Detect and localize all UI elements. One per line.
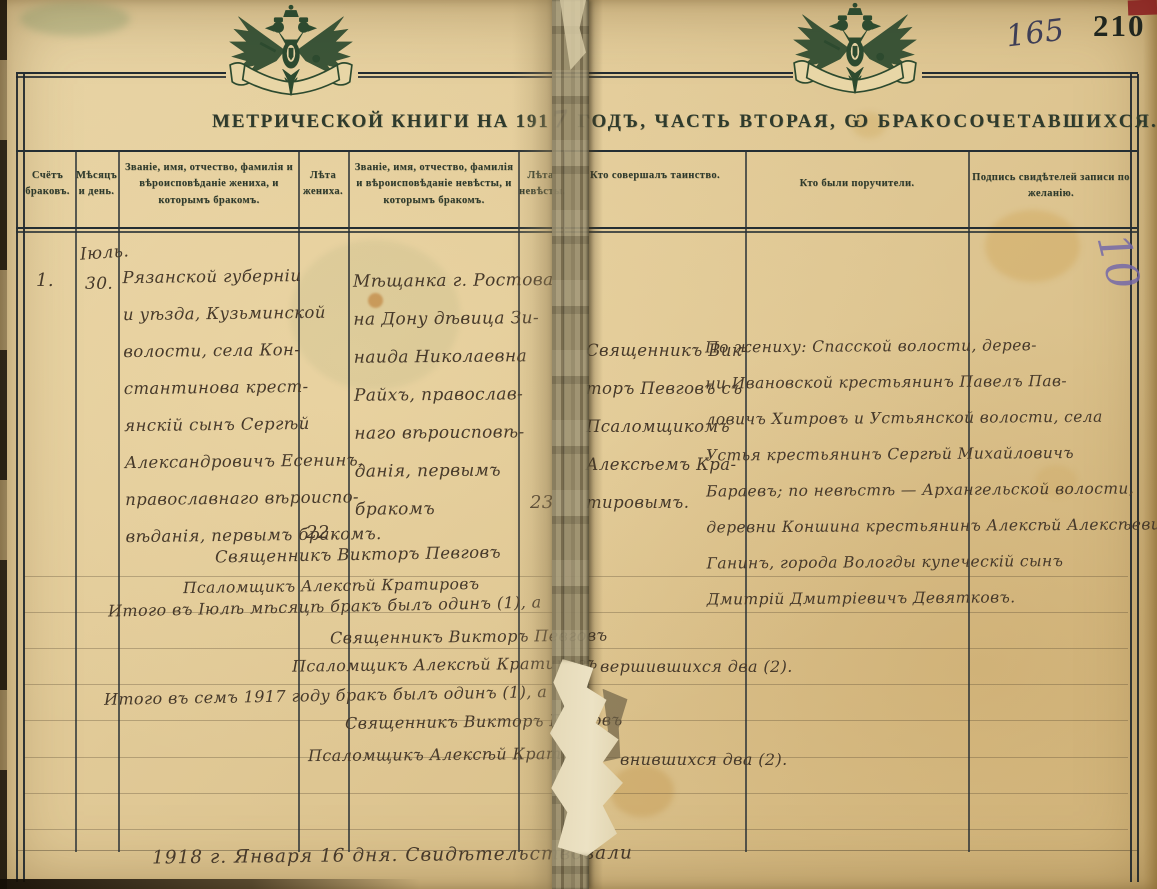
bride-line: бракомъ xyxy=(355,489,527,528)
header-signatures: Подпись свидѣтелей записи по желанію. xyxy=(972,170,1130,203)
imperial-eagle-emblem xyxy=(792,2,918,103)
header-marriage-count: Счётъ браковъ. xyxy=(21,168,74,201)
bride-line: наида Николаевна xyxy=(354,337,526,376)
entry-number: 1. xyxy=(36,270,54,291)
groom-age-value: 22. xyxy=(306,522,336,543)
frame-line-left xyxy=(16,74,18,882)
bride-line: Райхъ, православ- xyxy=(354,375,526,414)
frame-line-right xyxy=(1137,74,1139,882)
summary-fragment: вершившихся два (2). xyxy=(600,657,793,676)
summary-priest-signature: Священникъ Викторъ Певговъ xyxy=(215,543,501,567)
header-bride: Званіе, имя, отчество, фамилія и вѣроисп… xyxy=(352,160,516,209)
summary-fragment: внившихся два (2). xyxy=(620,750,788,769)
top-rule-segment xyxy=(922,72,1138,74)
guarantor-line: Бараевъ; по невѣстѣ — Архангельской воло… xyxy=(706,470,1136,509)
header-groom: Званіе, имя, отчество, фамилія и вѣроисп… xyxy=(122,160,296,209)
guarantor-line: деревни Коншина крестьянинъ Алексѣй Алек… xyxy=(706,506,1136,545)
groom-line: Александровичъ Есенинъ, xyxy=(124,442,314,481)
handwritten-folio-number: 165 xyxy=(1004,13,1066,55)
pencil-annotation: 10 xyxy=(1086,228,1149,295)
imperial-eagle-emblem xyxy=(228,4,354,105)
bride-line: данія, первымъ xyxy=(355,451,527,490)
summary-year-total: Итого въ семъ 1917 году бракъ былъ одинъ… xyxy=(104,682,547,709)
groom-line: волости, села Кон- xyxy=(123,331,313,370)
header-month-day: Мѣсяцъ и день. xyxy=(76,168,117,201)
summary-july-total: Итого въ Іюлѣ мѣсяцѣ бракъ былъ одинъ (1… xyxy=(108,592,542,620)
top-rule-segment xyxy=(16,72,226,74)
guarantor-line: Дмитрій Дмитріевичъ Девятковъ. xyxy=(707,578,1137,617)
scan-edge-left xyxy=(0,0,7,889)
stamp-ghost xyxy=(20,2,130,36)
header-groom-age: Лѣта жениха. xyxy=(299,168,347,201)
title-suffix: ГОДЪ, ЧАСТЬ ВТОРАЯ, Ѡ БРАКОСОЧЕТАВШИХСЯ. xyxy=(578,111,1157,133)
groom-line: православнаго вѣроиспо- xyxy=(125,479,315,518)
stain xyxy=(610,765,674,817)
column-line xyxy=(75,150,77,852)
groom-line: и уѣзда, Кузьминской xyxy=(123,294,313,333)
page-title: МЕТРИЧЕСКОЙ КНИГИ НА 1917ГОДЪ, ЧАСТЬ ВТО… xyxy=(212,106,1157,133)
guarantor-line: ловичъ Хитровъ и Устьянской волости, сел… xyxy=(706,399,1136,438)
stain xyxy=(985,210,1080,282)
page-fold xyxy=(512,0,556,889)
guarantors-entry: По жениху: Спасской волости, дерев- ни И… xyxy=(705,327,1137,618)
groom-line: стантинова крест- xyxy=(124,368,314,407)
guarantor-line: По жениху: Спасской волости, дерев- xyxy=(705,327,1135,366)
groom-line: Рязанской губерніи xyxy=(122,257,312,296)
red-corner-mark xyxy=(1128,0,1157,16)
scan-edge-bottom xyxy=(0,879,420,889)
groom-entry: Рязанской губерніи и уѣзда, Кузьминской … xyxy=(122,257,316,555)
scan-edge-right xyxy=(1143,0,1157,889)
header-guarantors: Кто были поручители. xyxy=(748,176,966,192)
groom-line: янскій сынъ Сергѣй xyxy=(124,405,314,444)
guarantor-line: Ганинъ, города Вологды купеческій сынъ xyxy=(707,542,1137,581)
entry-day: 30. xyxy=(85,274,113,294)
title-prefix: МЕТРИЧЕСКОЙ КНИГИ НА 191 xyxy=(212,111,550,133)
metrical-book-scan: 165 210 10 МЕТРИЧЕСКОЙ КНИГИ НА 1917ГОДЪ… xyxy=(0,0,1157,889)
bride-line: на Дону дѣвица Зи- xyxy=(353,299,525,338)
bride-line: Мѣщанка г. Ростова xyxy=(353,261,525,300)
bride-line: наго вѣроисповѣ- xyxy=(354,413,526,452)
guarantor-line: Устья крестьянинъ Сергѣй Михайловичъ xyxy=(706,434,1136,473)
bride-entry: Мѣщанка г. Ростова на Дону дѣвица Зи- на… xyxy=(353,261,527,528)
guarantor-line: ни Ивановской крестьянинъ Павелъ Пав- xyxy=(705,363,1135,402)
